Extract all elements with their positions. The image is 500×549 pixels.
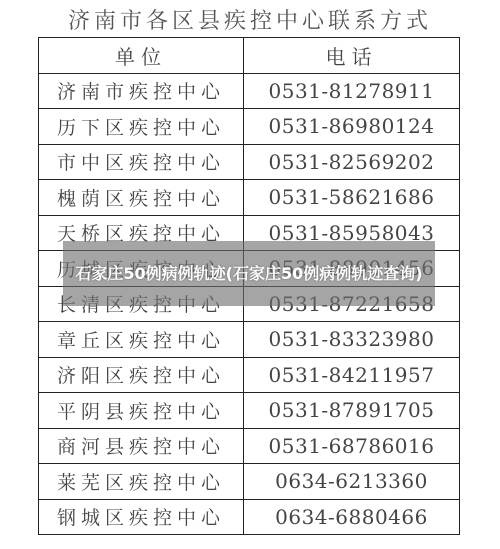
table-row: 莱芜区疾控中心 0634-6213360 xyxy=(39,464,460,500)
unit-cell: 钢城区疾控中心 xyxy=(39,499,244,535)
table-row: 市中区疾控中心 0531-82569202 xyxy=(39,144,460,180)
phone-cell: 0531-58621686 xyxy=(244,180,460,216)
phone-cell: 0531-84211957 xyxy=(244,357,460,393)
unit-cell: 平阴县疾控中心 xyxy=(39,393,244,429)
phone-cell: 0531-83323980 xyxy=(244,322,460,358)
unit-cell: 历下区疾控中心 xyxy=(39,109,244,145)
table-row: 历下区疾控中心 0531-86980124 xyxy=(39,109,460,145)
unit-cell: 商河县疾控中心 xyxy=(39,428,244,464)
phone-cell: 0531-82569202 xyxy=(244,144,460,180)
phone-cell: 0531-68786016 xyxy=(244,428,460,464)
caption-overlay: 石家庄50例病例轨迹(石家庄50例病例轨迹查询) xyxy=(63,241,435,306)
table-row: 平阴县疾控中心 0531-87891705 xyxy=(39,393,460,429)
unit-cell: 莱芜区疾控中心 xyxy=(39,464,244,500)
column-header-phone: 电话 xyxy=(244,38,460,74)
table-row: 商河县疾控中心 0531-68786016 xyxy=(39,428,460,464)
column-header-unit: 单位 xyxy=(39,38,244,74)
table-row: 钢城区疾控中心 0634-6880466 xyxy=(39,499,460,535)
document-title: 济南市各区县疾控中心联系方式 xyxy=(0,4,500,35)
table-row: 章丘区疾控中心 0531-83323980 xyxy=(39,322,460,358)
unit-cell: 槐荫区疾控中心 xyxy=(39,180,244,216)
caption-text: 石家庄50例病例轨迹(石家庄50例病例轨迹查询) xyxy=(75,263,422,285)
unit-cell: 济阳区疾控中心 xyxy=(39,357,244,393)
phone-cell: 0634-6880466 xyxy=(244,499,460,535)
unit-cell: 济南市疾控中心 xyxy=(39,73,244,109)
table-header-row: 单位 电话 xyxy=(39,38,460,74)
table-row: 济南市疾控中心 0531-81278911 xyxy=(39,73,460,109)
unit-cell: 章丘区疾控中心 xyxy=(39,322,244,358)
phone-cell: 0531-87891705 xyxy=(244,393,460,429)
table-row: 槐荫区疾控中心 0531-58621686 xyxy=(39,180,460,216)
phone-cell: 0531-81278911 xyxy=(244,73,460,109)
unit-cell: 市中区疾控中心 xyxy=(39,144,244,180)
phone-cell: 0531-86980124 xyxy=(244,109,460,145)
table-row: 济阳区疾控中心 0531-84211957 xyxy=(39,357,460,393)
phone-cell: 0634-6213360 xyxy=(244,464,460,500)
